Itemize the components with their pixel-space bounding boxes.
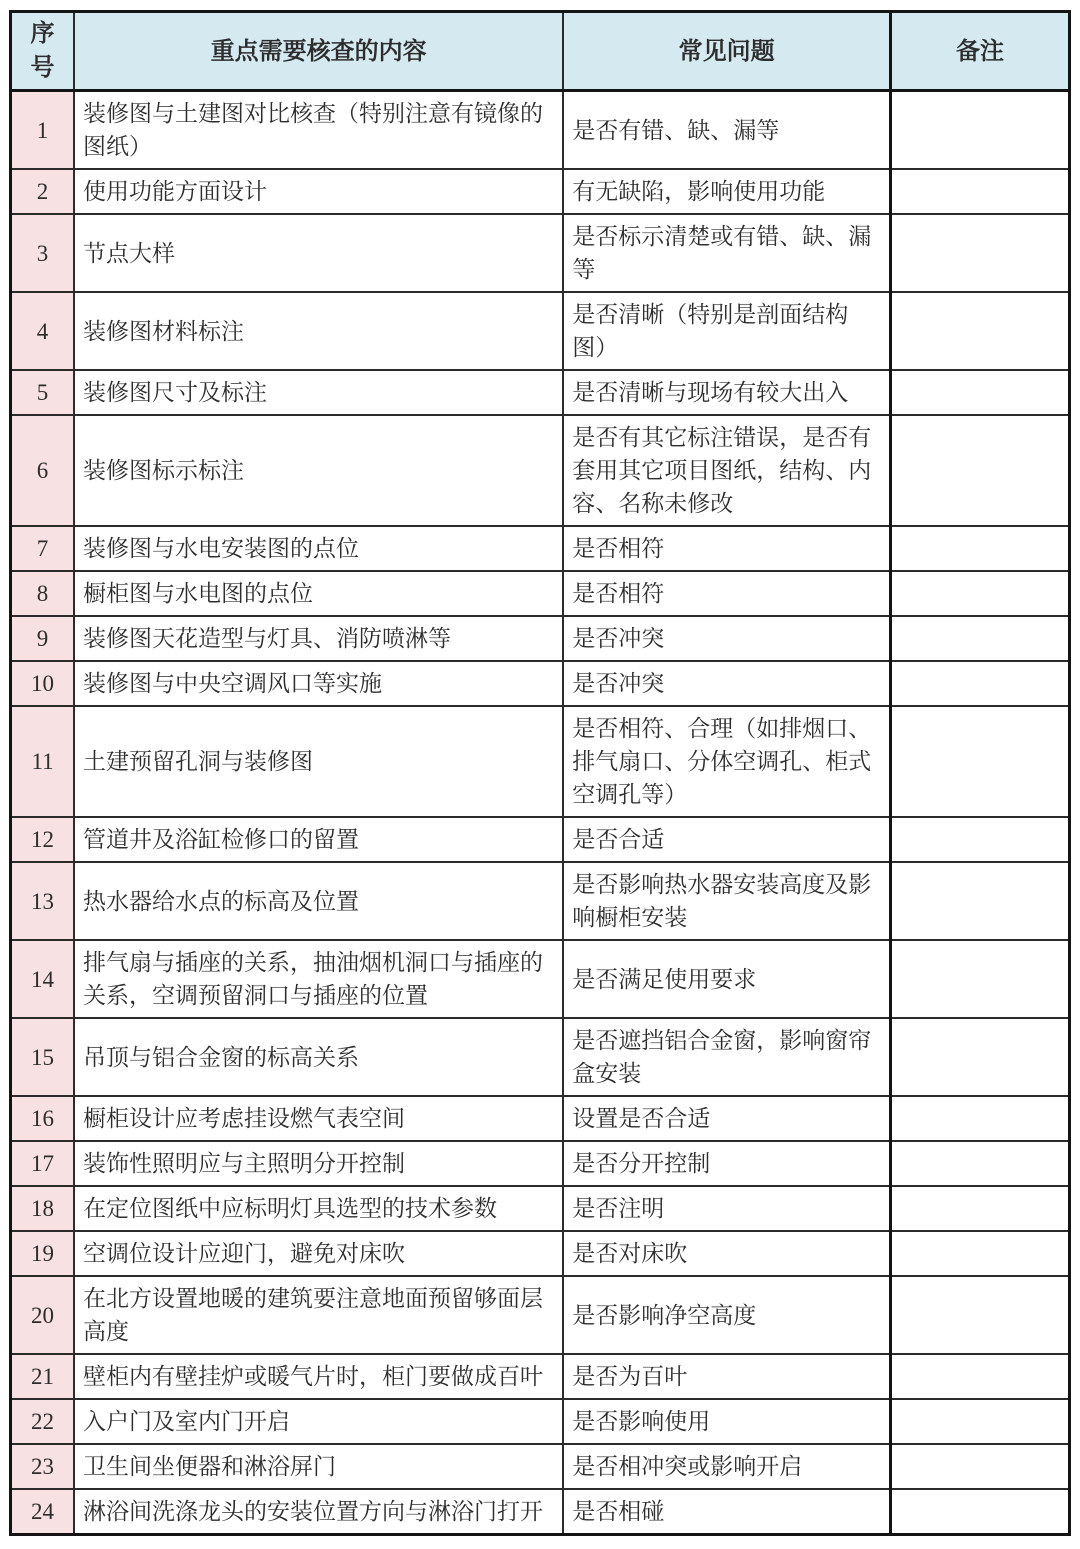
table-row: 21 壁柜内有壁挂炉或暖气片时，柜门要做成百叶 是否为百叶 <box>11 1354 1070 1399</box>
row-note <box>891 1231 1070 1276</box>
row-serial-number: 21 <box>11 1354 75 1399</box>
design-review-checklist-table: 序号 重点需要核查的内容 常见问题 备注 1 装修图与土建图对比核查（特别注意有… <box>9 10 1071 1536</box>
row-serial-number: 8 <box>11 571 75 616</box>
row-problem: 有无缺陷，影响使用功能 <box>563 169 890 214</box>
header-common-problems: 常见问题 <box>563 12 890 91</box>
header-serial-number: 序号 <box>11 12 75 91</box>
table-row: 22 入户门及室内门开启 是否影响使用 <box>11 1399 1070 1444</box>
row-serial-number: 24 <box>11 1489 75 1535</box>
table-row: 23 卫生间坐便器和淋浴屏门 是否相冲突或影响开启 <box>11 1444 1070 1489</box>
row-problem: 是否标示清楚或有错、缺、漏等 <box>563 214 890 292</box>
row-note <box>891 169 1070 214</box>
row-problem: 是否影响净空高度 <box>563 1276 890 1354</box>
row-problem: 是否相符 <box>563 526 890 571</box>
header-content-to-check: 重点需要核查的内容 <box>74 12 563 91</box>
row-note <box>891 91 1070 170</box>
row-note <box>891 415 1070 526</box>
row-note <box>891 1489 1070 1535</box>
row-note <box>891 1018 1070 1096</box>
row-content: 热水器给水点的标高及位置 <box>74 862 563 940</box>
row-content: 装修图与中央空调风口等实施 <box>74 661 563 706</box>
row-problem: 是否遮挡铝合金窗，影响窗帘盒安装 <box>563 1018 890 1096</box>
row-content: 装修图与水电安装图的点位 <box>74 526 563 571</box>
row-serial-number: 19 <box>11 1231 75 1276</box>
row-problem: 是否合适 <box>563 817 890 862</box>
row-problem: 是否清晰（特别是剖面结构图） <box>563 292 890 370</box>
row-problem: 是否有其它标注错误，是否有套用其它项目图纸，结构、内容、名称未修改 <box>563 415 890 526</box>
table-header-row: 序号 重点需要核查的内容 常见问题 备注 <box>11 12 1070 91</box>
row-serial-number: 11 <box>11 706 75 817</box>
row-serial-number: 9 <box>11 616 75 661</box>
row-content: 淋浴间洗涤龙头的安装位置方向与淋浴门打开 <box>74 1489 563 1535</box>
row-note <box>891 526 1070 571</box>
table-row: 10 装修图与中央空调风口等实施 是否冲突 <box>11 661 1070 706</box>
row-serial-number: 23 <box>11 1444 75 1489</box>
row-note <box>891 370 1070 415</box>
row-serial-number: 12 <box>11 817 75 862</box>
row-content: 使用功能方面设计 <box>74 169 563 214</box>
row-content: 在北方设置地暖的建筑要注意地面预留够面层高度 <box>74 1276 563 1354</box>
row-serial-number: 4 <box>11 292 75 370</box>
row-problem: 是否影响热水器安装高度及影响橱柜安装 <box>563 862 890 940</box>
row-content: 卫生间坐便器和淋浴屏门 <box>74 1444 563 1489</box>
table-row: 20 在北方设置地暖的建筑要注意地面预留够面层高度 是否影响净空高度 <box>11 1276 1070 1354</box>
row-problem: 是否有错、缺、漏等 <box>563 91 890 170</box>
row-note <box>891 1141 1070 1186</box>
row-note <box>891 661 1070 706</box>
row-note <box>891 1354 1070 1399</box>
row-serial-number: 18 <box>11 1186 75 1231</box>
row-content: 壁柜内有壁挂炉或暖气片时，柜门要做成百叶 <box>74 1354 563 1399</box>
row-problem: 是否满足使用要求 <box>563 940 890 1018</box>
row-serial-number: 5 <box>11 370 75 415</box>
row-content: 在定位图纸中应标明灯具选型的技术参数 <box>74 1186 563 1231</box>
table-row: 9 装修图天花造型与灯具、消防喷淋等 是否冲突 <box>11 616 1070 661</box>
row-content: 土建预留孔洞与装修图 <box>74 706 563 817</box>
row-problem: 是否分开控制 <box>563 1141 890 1186</box>
row-problem: 是否冲突 <box>563 616 890 661</box>
row-serial-number: 20 <box>11 1276 75 1354</box>
header-remarks: 备注 <box>891 12 1070 91</box>
row-note <box>891 940 1070 1018</box>
row-content: 管道井及浴缸检修口的留置 <box>74 817 563 862</box>
row-serial-number: 13 <box>11 862 75 940</box>
row-serial-number: 16 <box>11 1096 75 1141</box>
row-serial-number: 10 <box>11 661 75 706</box>
row-serial-number: 15 <box>11 1018 75 1096</box>
table-row: 4 装修图材料标注 是否清晰（特别是剖面结构图） <box>11 292 1070 370</box>
row-serial-number: 7 <box>11 526 75 571</box>
row-note <box>891 817 1070 862</box>
row-note <box>891 571 1070 616</box>
row-content: 装修图与土建图对比核查（特别注意有镜像的图纸） <box>74 91 563 170</box>
row-note <box>891 1399 1070 1444</box>
row-content: 装修图材料标注 <box>74 292 563 370</box>
row-content: 装修图标示标注 <box>74 415 563 526</box>
table-row: 15 吊顶与铝合金窗的标高关系 是否遮挡铝合金窗，影响窗帘盒安装 <box>11 1018 1070 1096</box>
row-content: 装饰性照明应与主照明分开控制 <box>74 1141 563 1186</box>
row-note <box>891 706 1070 817</box>
row-note <box>891 214 1070 292</box>
table-row: 16 橱柜设计应考虑挂设燃气表空间 设置是否合适 <box>11 1096 1070 1141</box>
table-row: 18 在定位图纸中应标明灯具选型的技术参数 是否注明 <box>11 1186 1070 1231</box>
row-serial-number: 17 <box>11 1141 75 1186</box>
row-note <box>891 292 1070 370</box>
table-row: 14 排气扇与插座的关系，抽油烟机洞口与插座的关系，空调预留洞口与插座的位置 是… <box>11 940 1070 1018</box>
row-serial-number: 2 <box>11 169 75 214</box>
row-serial-number: 3 <box>11 214 75 292</box>
table-row: 12 管道井及浴缸检修口的留置 是否合适 <box>11 817 1070 862</box>
row-problem: 是否对床吹 <box>563 1231 890 1276</box>
row-content: 吊顶与铝合金窗的标高关系 <box>74 1018 563 1096</box>
row-content: 橱柜设计应考虑挂设燃气表空间 <box>74 1096 563 1141</box>
row-content: 节点大样 <box>74 214 563 292</box>
row-serial-number: 22 <box>11 1399 75 1444</box>
row-problem: 是否相符、合理（如排烟口、排气扇口、分体空调孔、柜式空调孔等） <box>563 706 890 817</box>
row-problem: 是否注明 <box>563 1186 890 1231</box>
row-content: 装修图尺寸及标注 <box>74 370 563 415</box>
row-problem: 是否冲突 <box>563 661 890 706</box>
row-content: 空调位设计应迎门，避免对床吹 <box>74 1231 563 1276</box>
table-row: 5 装修图尺寸及标注 是否清晰与现场有较大出入 <box>11 370 1070 415</box>
row-problem: 设置是否合适 <box>563 1096 890 1141</box>
row-content: 橱柜图与水电图的点位 <box>74 571 563 616</box>
row-serial-number: 14 <box>11 940 75 1018</box>
row-note <box>891 616 1070 661</box>
table-row: 19 空调位设计应迎门，避免对床吹 是否对床吹 <box>11 1231 1070 1276</box>
row-note <box>891 862 1070 940</box>
row-content: 排气扇与插座的关系，抽油烟机洞口与插座的关系，空调预留洞口与插座的位置 <box>74 940 563 1018</box>
table-row: 6 装修图标示标注 是否有其它标注错误，是否有套用其它项目图纸，结构、内容、名称… <box>11 415 1070 526</box>
table-row: 13 热水器给水点的标高及位置 是否影响热水器安装高度及影响橱柜安装 <box>11 862 1070 940</box>
row-problem: 是否相碰 <box>563 1489 890 1535</box>
row-problem: 是否相冲突或影响开启 <box>563 1444 890 1489</box>
row-problem: 是否为百叶 <box>563 1354 890 1399</box>
row-problem: 是否相符 <box>563 571 890 616</box>
table-row: 24 淋浴间洗涤龙头的安装位置方向与淋浴门打开 是否相碰 <box>11 1489 1070 1535</box>
table-row: 7 装修图与水电安装图的点位 是否相符 <box>11 526 1070 571</box>
row-serial-number: 6 <box>11 415 75 526</box>
table-row: 2 使用功能方面设计 有无缺陷，影响使用功能 <box>11 169 1070 214</box>
row-note <box>891 1186 1070 1231</box>
table-row: 1 装修图与土建图对比核查（特别注意有镜像的图纸） 是否有错、缺、漏等 <box>11 91 1070 170</box>
row-note <box>891 1096 1070 1141</box>
row-note <box>891 1276 1070 1354</box>
table-row: 8 橱柜图与水电图的点位 是否相符 <box>11 571 1070 616</box>
table-row: 11 土建预留孔洞与装修图 是否相符、合理（如排烟口、排气扇口、分体空调孔、柜式… <box>11 706 1070 817</box>
row-content: 装修图天花造型与灯具、消防喷淋等 <box>74 616 563 661</box>
table-row: 17 装饰性照明应与主照明分开控制 是否分开控制 <box>11 1141 1070 1186</box>
row-problem: 是否清晰与现场有较大出入 <box>563 370 890 415</box>
row-serial-number: 1 <box>11 91 75 170</box>
row-problem: 是否影响使用 <box>563 1399 890 1444</box>
table-row: 3 节点大样 是否标示清楚或有错、缺、漏等 <box>11 214 1070 292</box>
row-content: 入户门及室内门开启 <box>74 1399 563 1444</box>
row-note <box>891 1444 1070 1489</box>
